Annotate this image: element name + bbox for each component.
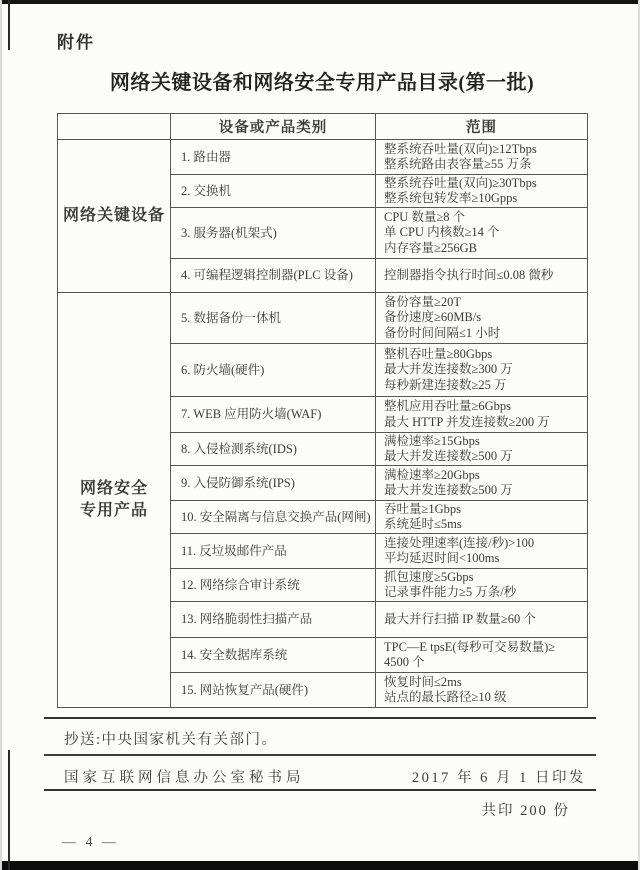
document-title: 网络关键设备和网络安全专用产品目录(第一批)	[0, 66, 640, 95]
attachment-label: 附件	[57, 28, 95, 53]
header-product-category: 设备或产品类别	[171, 114, 376, 140]
scope-cell: 吞吐量≥1Gbps 系统延时≤5ms	[376, 501, 588, 534]
scanned-document-page: 附件 网络关键设备和网络安全专用产品目录(第一批) 设备或产品类别 范围 网络关…	[0, 0, 640, 870]
scope-cell: 最大并行扫描 IP 数量≥60 个	[376, 602, 588, 638]
scope-cell: 整系统吞吐量(双向)≥30Tbps 整系统包转发率≥10Gpps	[376, 175, 588, 208]
scan-edge-left	[0, 0, 2, 870]
product-cell: 5. 数据备份一体机	[171, 293, 376, 344]
product-cell: 11. 反垃圾邮件产品	[171, 534, 376, 569]
scope-cell: 连接处理速率(连接/秒)>100 平均延迟时间<100ms	[376, 534, 588, 569]
scope-cell: 抓包速度≥5Gbps 记录事件能力≥5 万条/秒	[376, 569, 588, 602]
print-date: 2017 年 6 月 1 日印发	[412, 766, 586, 787]
scope-cell: 满检速率≥20Gbps 最大并发连接数≥500 万	[376, 466, 588, 501]
scope-cell: 整机吞吐量≥80Gbps 最大并发连接数≥300 万 每秒新建连接数≥25 万	[376, 344, 588, 397]
product-cell: 6. 防火墙(硬件)	[171, 344, 376, 397]
product-cell: 3. 服务器(机架式)	[171, 208, 376, 259]
product-cell: 14. 安全数据库系统	[171, 638, 376, 673]
product-cell: 13. 网络脆弱性扫描产品	[171, 602, 376, 638]
copies-count: 共印 200 份	[482, 799, 571, 820]
product-cell: 2. 交换机	[171, 175, 376, 208]
scope-cell: CPU 数量≥8 个 单 CPU 内核数≥14 个 内存容量≥256GB	[376, 208, 588, 259]
header-empty-cell	[58, 114, 171, 140]
scope-cell: 整系统吞吐量(双向)≥12Tbps 整系统路由表容量≥55 万条	[376, 140, 588, 175]
header-scope: 范围	[376, 114, 588, 140]
scope-cell: TPC—E tpsE(每秒可交易数量)≥ 4500 个	[376, 638, 588, 673]
table-row: 网络关键设备 1. 路由器 整系统吞吐量(双向)≥12Tbps 整系统路由表容量…	[58, 140, 588, 175]
footer-divider	[44, 789, 596, 791]
cc-line: 抄送:中央国家机关有关部门。	[64, 728, 278, 749]
scope-cell: 整机应用吞吐量≥6Gbps 最大 HTTP 并发连接数≥200 万	[376, 397, 588, 433]
product-cell: 1. 路由器	[171, 140, 376, 175]
scope-cell: 备份容量≥20T 备份速度≥60MB/s 备份时间间隔≤1 小时	[376, 293, 588, 344]
scan-edge-top	[0, 0, 640, 4]
footer-divider	[44, 754, 596, 756]
scan-edge-left-bottom-segment	[8, 750, 10, 870]
product-cell: 10. 安全隔离与信息交换产品(网闸)	[171, 501, 376, 534]
category-cell-network-critical-equipment: 网络关键设备	[58, 140, 171, 293]
product-cell: 7. WEB 应用防火墙(WAF)	[171, 397, 376, 433]
category-cell-network-security-products: 网络安全 专用产品	[58, 293, 171, 708]
scope-cell: 满检速率≥15Gbps 最大并发连接数≥500 万	[376, 433, 588, 466]
issuer-name: 国家互联网信息办公室秘书局	[64, 766, 305, 787]
product-cell: 15. 网站恢复产品(硬件)	[171, 673, 376, 708]
scan-edge-left-top-segment	[8, 0, 10, 50]
page-number: — 4 —	[62, 835, 119, 851]
catalog-table: 设备或产品类别 范围 网络关键设备 1. 路由器 整系统吞吐量(双向)≥12Tb…	[57, 113, 588, 708]
table-header-row: 设备或产品类别 范围	[58, 114, 588, 140]
product-cell: 12. 网络综合审计系统	[171, 569, 376, 602]
scope-cell: 恢复时间≤2ms 站点的最长路径≥10 级	[376, 673, 588, 708]
scope-cell: 控制器指令执行时间≤0.08 微秒	[376, 259, 588, 293]
product-cell: 4. 可编程逻辑控制器(PLC 设备)	[171, 259, 376, 293]
table-row: 网络安全 专用产品 5. 数据备份一体机 备份容量≥20T 备份速度≥60MB/…	[58, 293, 588, 344]
footer-divider	[44, 717, 596, 719]
scan-edge-bottom	[0, 861, 640, 870]
product-cell: 9. 入侵防御系统(IPS)	[171, 466, 376, 501]
product-cell: 8. 入侵检测系统(IDS)	[171, 433, 376, 466]
